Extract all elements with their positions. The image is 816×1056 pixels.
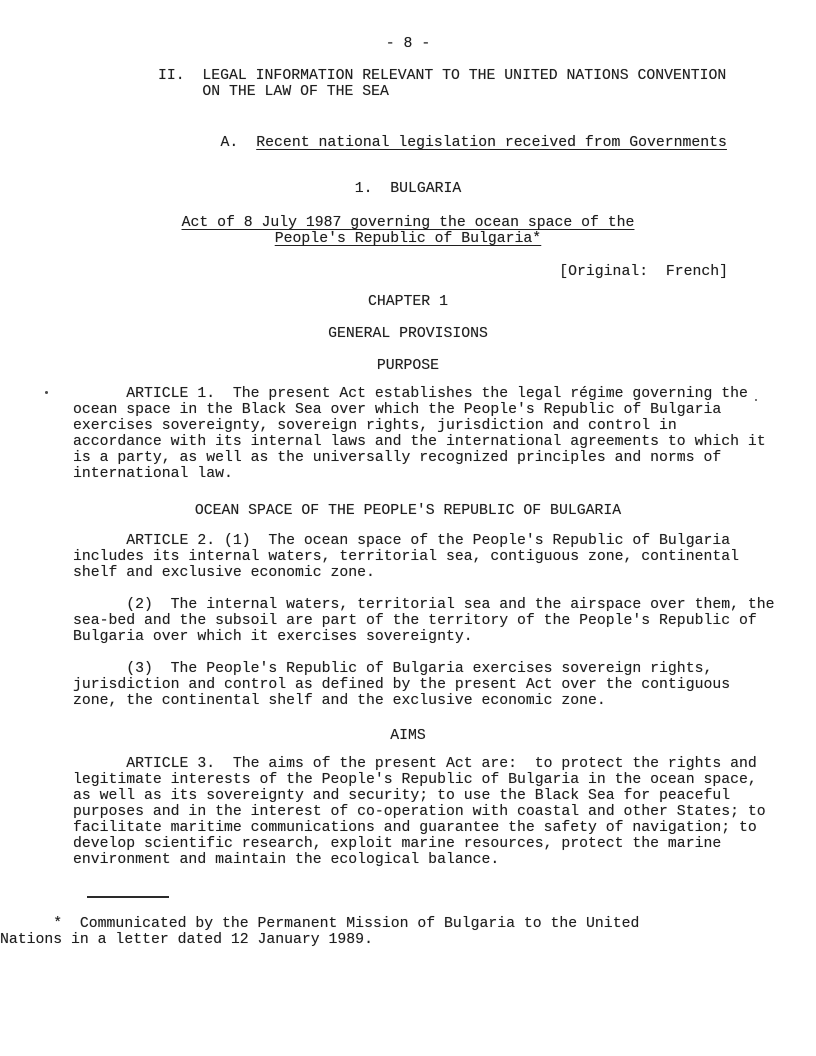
aims-heading: AIMS: [0, 728, 816, 744]
article-3-paragraph: ARTICLE 3. The aims of the present Act a…: [73, 756, 816, 868]
footnote-text: * Communicated by the Permanent Mission …: [0, 916, 816, 948]
page-number: - 8 -: [0, 36, 816, 52]
subsection-title: Recent national legislation received fro…: [256, 135, 727, 151]
chapter-subtitle: GENERAL PROVISIONS: [0, 326, 816, 342]
subsection-heading: A.Recent national legislation received f…: [185, 119, 816, 167]
subsection-label: A.: [221, 135, 239, 151]
footnote-separator: [87, 896, 169, 898]
document-page: - 8 - II. LEGAL INFORMATION RELEVANT TO …: [0, 0, 816, 1056]
original-language-note: [Original: French]: [0, 264, 816, 280]
section-heading: II. LEGAL INFORMATION RELEVANT TO THE UN…: [158, 68, 816, 100]
country-heading: 1. BULGARIA: [0, 181, 816, 197]
scan-artifact-dot: [45, 391, 48, 394]
purpose-heading: PURPOSE: [0, 358, 816, 374]
article-1-paragraph: ARTICLE 1. The present Act establishes t…: [73, 386, 816, 482]
ocean-space-heading: OCEAN SPACE OF THE PEOPLE'S REPUBLIC OF …: [0, 503, 816, 519]
act-title: Act of 8 July 1987 governing the ocean s…: [0, 215, 816, 247]
chapter-heading: CHAPTER 1: [0, 294, 816, 310]
article-2-3-paragraph: (3) The People's Republic of Bulgaria ex…: [73, 661, 816, 709]
scan-artifact-dot: [755, 399, 757, 401]
article-2-1-paragraph: ARTICLE 2. (1) The ocean space of the Pe…: [73, 533, 816, 581]
article-2-2-paragraph: (2) The internal waters, territorial sea…: [73, 597, 816, 645]
